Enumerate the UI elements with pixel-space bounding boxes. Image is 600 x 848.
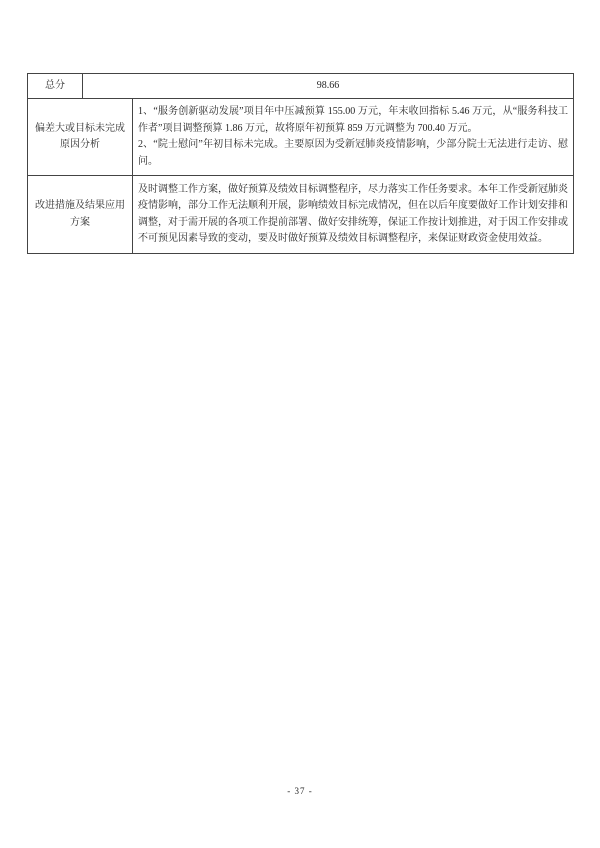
deviation-analysis-item-1: 1、“服务创新驱动发展”项目年中压减预算 155.00 万元，年末收回指标 5.… <box>138 104 568 137</box>
performance-summary-table: 总分 98.66 偏差大或目标未完成原因分析 1、“服务创新驱动发展”项目年中压… <box>27 73 574 254</box>
table-row-total-score: 总分 98.66 <box>28 74 574 99</box>
improvement-plan-label: 改进措施及结果应用方案 <box>28 176 133 254</box>
table-row-improvement-plan: 改进措施及结果应用方案 及时调整工作方案，做好预算及绩效目标调整程序，尽力落实工… <box>28 176 574 254</box>
improvement-plan-text: 及时调整工作方案，做好预算及绩效目标调整程序，尽力落实工作任务要求。本年工作受新… <box>138 182 568 248</box>
total-score-value: 98.66 <box>83 74 574 99</box>
document-page: 总分 98.66 偏差大或目标未完成原因分析 1、“服务创新驱动发展”项目年中压… <box>0 0 600 848</box>
page-number: - 37 - <box>0 786 600 796</box>
deviation-analysis-item-2: 2、“院士慰问”年初目标未完成。主要原因为受新冠肺炎疫情影响，少部分院士无法进行… <box>138 137 568 170</box>
table-row-deviation-analysis: 偏差大或目标未完成原因分析 1、“服务创新驱动发展”项目年中压减预算 155.0… <box>28 99 574 176</box>
deviation-analysis-content: 1、“服务创新驱动发展”项目年中压减预算 155.00 万元，年末收回指标 5.… <box>133 99 574 176</box>
deviation-analysis-label: 偏差大或目标未完成原因分析 <box>28 99 133 176</box>
improvement-plan-content: 及时调整工作方案，做好预算及绩效目标调整程序，尽力落实工作任务要求。本年工作受新… <box>133 176 574 254</box>
total-score-label: 总分 <box>28 74 83 99</box>
